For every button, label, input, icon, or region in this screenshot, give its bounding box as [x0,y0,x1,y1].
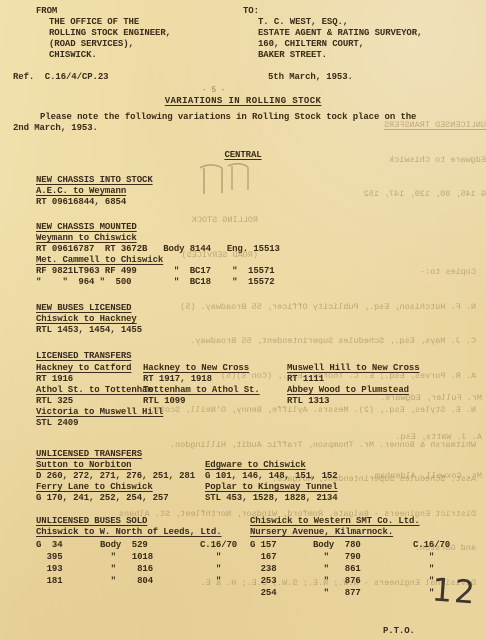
route-heading: Poplar to Kingsway Tunnel [205,482,476,493]
table-cell: C.16/70 [200,540,250,552]
from-address-line: (ROAD SERVICES), [49,39,171,50]
table-cell: " [200,576,250,588]
stock-numbers: RT 1916 [36,374,143,385]
route-heading: Victoria to Muswell Hill [36,407,143,418]
table-cell: " [200,552,250,564]
transfers-column: Sutton to Norbiton D 260, 272, 271, 276,… [36,460,205,504]
from-address-line: CHISWICK. [49,50,171,61]
route-heading: Nursery Avenue, Kilmarnock. [250,527,393,538]
stock-numbers: RTL 1453, 1454, 1455 [36,325,142,336]
table-cell: " 877 [313,588,413,600]
route-heading: Chiswick to W. North of Leeds, Ltd. [36,527,222,538]
route-heading: A.E.C. to Weymann [36,186,153,197]
table-cell: " 804 [100,576,200,588]
table-cell: " 816 [100,564,200,576]
section-heading: NEW CHASSIS INTO STOCK [36,175,153,186]
route-heading: Muswell Hill to New Cross [287,363,476,374]
route-heading: Athol St. to Tottenham [36,385,143,396]
table-cell: 253 [250,576,313,588]
reference-number: Ref. C.16/4/CP.23 [13,72,108,83]
route-heading: Ferry Lane to Chiswick [36,482,205,493]
stock-numbers: RTL 1313 [287,396,476,407]
stock-numbers: " " 964 " 500 " BC18 " 15572 [36,277,280,288]
section-heading: NEW BUSES LICENSED [36,303,142,314]
from-label: FROM [36,6,57,17]
route-heading: Hackney to Catford [36,363,143,374]
stock-numbers: D 260, 272, 271, 276, 251, 281 [36,471,205,482]
section-heading: UNLICENSED BUSES SOLD [36,516,147,527]
route-heading: Sutton to Norbiton [36,460,205,471]
stock-numbers: G 101, 146, 148, 151, 152 [205,471,476,482]
table-cell: 238 [250,564,313,576]
table-cell: G 157 [250,540,313,552]
table-cell: " 790 [313,552,413,564]
table-cell: G 34 [36,540,100,552]
stock-numbers: RTL 325 [36,396,143,407]
ghost-text-line: C. J. Mays, Esq., Schedules Superintende… [10,336,476,348]
table-cell: 193 [36,564,100,576]
section-new-buses-licensed: NEW BUSES LICENSED Chiswick to Hackney R… [36,303,142,336]
route-heading: Met. Cammell to Chiswick [36,255,280,266]
to-address-line: BAKER STREET. [258,50,422,61]
table-cell: 181 [36,576,100,588]
section-new-chassis-mounted: NEW CHASSIS MOUNTED Weymann to Chiswick … [36,222,280,288]
table-cell: 167 [250,552,313,564]
transfers-column: Hackney to Catford RT 1916 Athol St. to … [36,363,143,429]
page-mark: - 5 - [202,85,226,96]
stock-numbers: RT 1111 [287,374,476,385]
table-cell: 395 [36,552,100,564]
document-title: VARIATIONS IN ROLLING STOCK [0,96,486,107]
stock-numbers: STL 2409 [36,418,143,429]
route-heading: Chiswick to Western SMT Co. Ltd. [250,516,420,527]
section-heading: NEW CHASSIS MOUNTED [36,222,280,233]
section-heading: UNLICENSED TRANSFERS [36,449,142,460]
transfers-column: Edgware to Chiswick G 101, 146, 148, 151… [205,460,476,504]
route-heading: Hackney to New Cross [143,363,287,374]
from-address: THE OFFICE OF THE ROLLING STOCK ENGINEER… [49,17,171,61]
stock-numbers: RT 09616787 RT 3672B Body 8144 Eng. 1551… [36,244,280,255]
handwritten-page-number: 12 [431,570,478,611]
intro-line: 2nd March, 1953. [13,123,475,134]
table-cell: " [413,552,476,564]
pto-label: P.T.O. [383,626,415,637]
stock-numbers: RT 1917, 1918 [143,374,287,385]
table-cell: " 861 [313,564,413,576]
table-cell: Body 529 [100,540,200,552]
section-new-chassis-into-stock: NEW CHASSIS INTO STOCK A.E.C. to Weymann… [36,175,153,208]
table-cell: C.16/70 [413,540,476,552]
to-address-line: 160, CHILTERN COURT, [258,39,422,50]
stock-numbers: RF 9821LT963 RF 499 " BC17 " 15571 [36,266,280,277]
route-heading: Chiswick to Hackney [36,314,142,325]
to-address-line: ESTATE AGENT & RATING SURVEYOR, [258,28,422,39]
table-cell: " 876 [313,576,413,588]
intro-paragraph: Please note the following variations in … [13,112,475,134]
sold-table-left: G 34 Body 529 C.16/70 395 " 1018 " 193 "… [36,540,250,588]
table-cell: " [200,564,250,576]
to-address: T. C. WEST, ESQ., ESTATE AGENT & RATING … [258,17,422,61]
region-heading: CENTRAL [0,150,486,161]
handwriting-scribble-icon [198,160,256,205]
transfers-column: Muswell Hill to New Cross RT 1111 Abbey … [287,363,476,407]
stock-numbers: RTL 1099 [143,396,287,407]
scribble-svg [198,160,256,200]
to-label: TO: [243,6,259,17]
transfers-column: Hackney to New Cross RT 1917, 1918 Totte… [143,363,287,407]
section-heading: LICENSED TRANSFERS [36,351,131,362]
licensed-transfers-grid: Hackney to Catford RT 1916 Athol St. to … [36,363,476,429]
table-cell: Body 780 [313,540,413,552]
stock-numbers: STL 453, 1528, 1828, 2134 [205,493,476,504]
stock-numbers: G 170, 241, 252, 254, 257 [36,493,205,504]
table-cell: 254 [250,588,313,600]
memo-document: UNLICENSED TRANSFERS Edgware to Chiswick… [0,0,486,640]
intro-line: Please note the following variations in … [13,112,475,123]
route-heading: Abbey Wood to Plumstead [287,385,476,396]
route-heading: Tottenham to Athol St. [143,385,287,396]
route-heading: Edgware to Chiswick [205,460,476,471]
ghost-text-line: A. J. Watts, Esq. [370,431,482,444]
stock-numbers: RT 09616844, 6854 [36,197,153,208]
to-address-line: T. C. WEST, ESQ., [258,17,422,28]
from-address-line: ROLLING STOCK ENGINEER, [49,28,171,39]
document-date: 5th March, 1953. [268,72,353,83]
route-heading: Weymann to Chiswick [36,233,280,244]
ghost-text-line: G 145, 80, 139, 147, 152 [338,189,486,201]
table-cell: " 1018 [100,552,200,564]
from-address-line: THE OFFICE OF THE [49,17,171,28]
unlicensed-transfers-grid: Sutton to Norbiton D 260, 272, 271, 276,… [36,460,476,504]
